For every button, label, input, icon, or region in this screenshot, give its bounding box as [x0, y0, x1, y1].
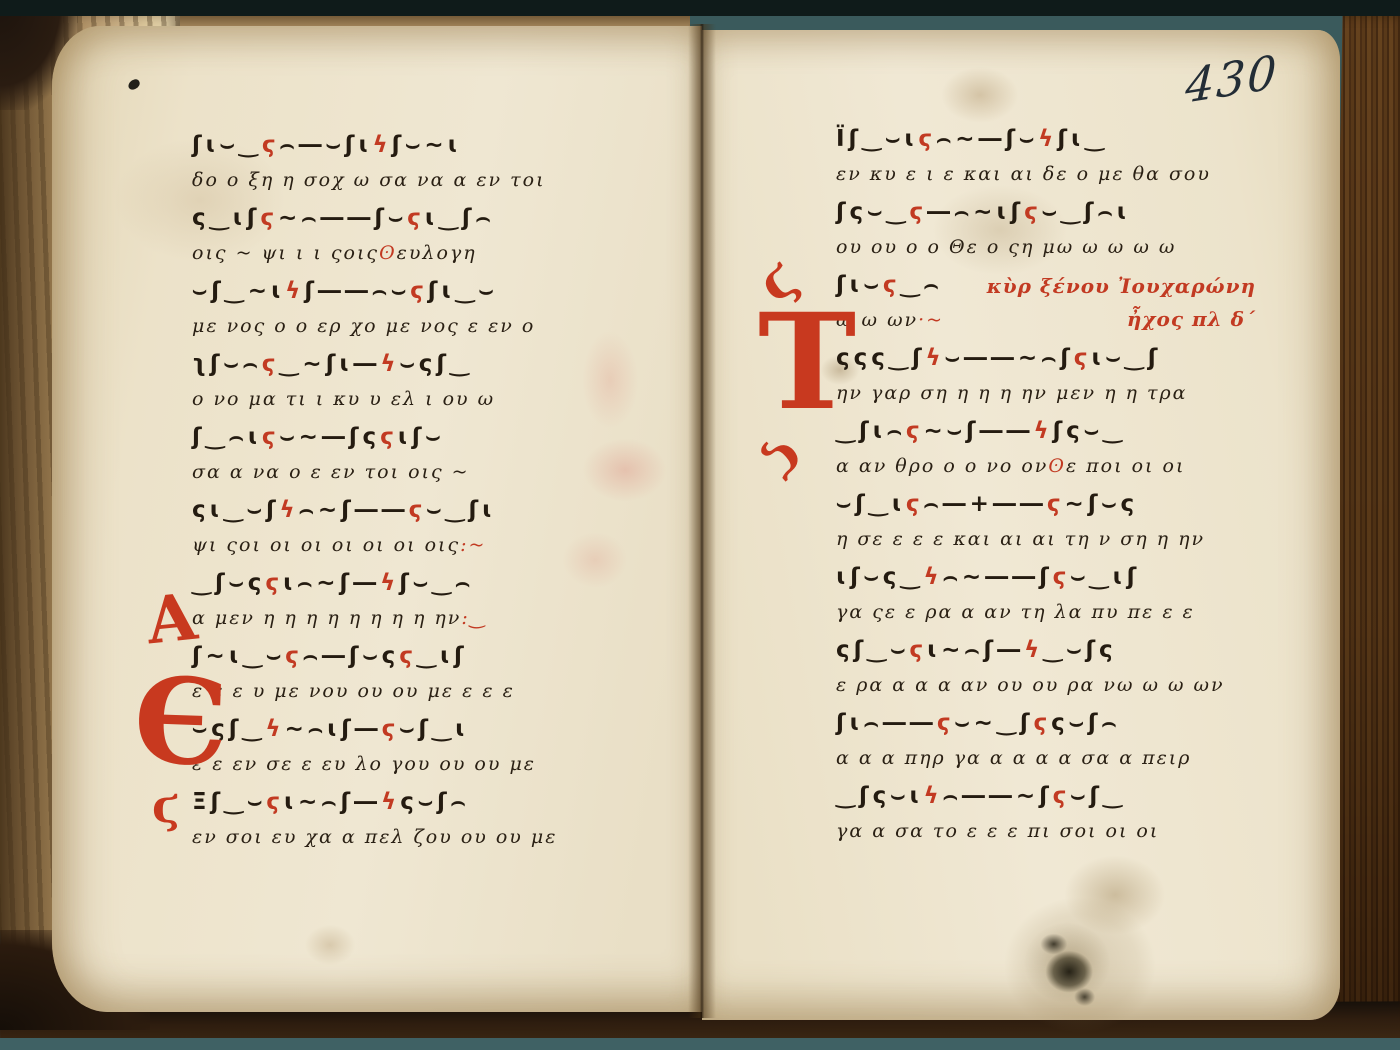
black-ink-segment: ‿ʃς⌣ɩ	[836, 783, 924, 809]
red-ink-segment: ϛ	[1047, 491, 1065, 517]
red-ink-segment: ϛ	[399, 643, 417, 669]
initial-flourish: ϛ	[152, 783, 180, 829]
black-ink-segment: ɩ~⌢ʃ―	[284, 789, 381, 815]
red-ink-segment: ϛ	[883, 272, 901, 298]
black-ink-segment: ~⌣ʃ――	[924, 418, 1034, 444]
neume-line: ɩʃ⌣ς‿ϟ⌢~――ʃϛ⌣‿ɩʃ	[836, 550, 1256, 590]
red-ink-segment: ϟ	[924, 783, 943, 809]
black-ink-segment: ʃ――⌢⌣	[304, 278, 410, 304]
neume-line: Ξʃ‿⌣ϛɩ~⌢ʃ―ϟς⌣ʃ⌢	[192, 775, 660, 815]
red-ink-segment: ʘ	[379, 242, 397, 264]
red-ink-segment: ϟ	[1033, 418, 1052, 444]
lyric-line: α μεν η η η η η η η η ην :‿	[192, 596, 660, 629]
red-ink-segment: ϟ	[280, 497, 299, 523]
red-ink-segment: ·~	[918, 309, 944, 331]
neume-line: ςʃ‿⌣ϛɩ~⌢ʃ―ϟ‿⌣ʃς	[836, 623, 1256, 663]
red-ink-segment: ϛ	[262, 132, 280, 158]
lyric-line: γα α σα το ε ε ε πι σοι οι οι	[836, 809, 1256, 842]
red-ink-segment: ϛ	[909, 637, 927, 663]
black-ink-segment: ⌣ʃ‿ɩ	[399, 716, 469, 742]
black-ink-segment: ς⌣ʃ⌢	[400, 789, 469, 815]
red-ink-segment: :‿	[461, 607, 487, 629]
black-ink-segment: ‿⌢	[900, 272, 942, 298]
neume-line: ʃ~ɩ‿⌣ϛ⌢―ʃ⌣ςϛ‿ɩʃ	[192, 629, 660, 669]
black-ink-segment: ⌣~―ʃς	[280, 424, 381, 450]
lyric-line: η σε ε ε ε και αι αι τη ν ση η ην	[836, 517, 1256, 550]
red-ink-segment: ϟ	[380, 570, 399, 596]
black-ink-segment: Ϊʃ‿⌣ɩ	[836, 126, 918, 152]
backdrop-top	[0, 0, 1400, 16]
black-ink-segment: ε ρα α α α αν ου ου ρα νω ω ω ων	[836, 674, 1225, 696]
lyric-line: εν σοι ευ χα α πελ ζου ου ου με	[192, 815, 660, 848]
rubric-text: κὺρ ξένου Ἰουχαρώνη	[987, 274, 1256, 298]
black-ink-segment: ⌢~―ʃ⌣	[936, 126, 1038, 152]
black-ink-segment: ⌣ʃ‿ɩ	[836, 491, 906, 517]
black-ink-segment: ς‿ɩʃ	[192, 205, 260, 231]
red-ink-segment: ϛ	[1033, 710, 1051, 736]
left-page-text: Α Є ϛ ʃɩ⌣‿ϛ⌢―⌣ʃɩϟʃ⌣~ɩδο ο ξη η σοχ ω σα …	[192, 118, 660, 848]
red-ink-segment: ϛ	[1053, 564, 1071, 590]
black-ink-segment: ⌢~ʃ――	[299, 497, 409, 523]
red-ink-segment: ϛ	[380, 424, 398, 450]
black-ink-segment: ⌣‿ɩʃ	[1070, 564, 1140, 590]
red-ink-segment: ϛ	[265, 570, 283, 596]
black-ink-segment: α μεν η η η η η η η η ην	[192, 607, 461, 629]
black-ink-segment: ο νο μα τι ι κυ υ ελ ι ου ω	[192, 388, 495, 410]
initial-tau: Τ	[758, 297, 856, 429]
black-ink-segment: ‿ɩʃ	[417, 643, 468, 669]
black-ink-segment: ψι ςοι οι οι οι οι οι οις	[192, 534, 460, 556]
neume-line: ʃς⌣‿ϛ―⌢~ɩʃϛ⌣‿ʃ⌢ɩ	[836, 185, 1256, 225]
black-ink-segment: ʃ⌣~ɩ	[392, 132, 462, 158]
lyric-line: ω ω ων·~ἦχος πλ δ´	[836, 298, 1256, 331]
neume-line: ςɩ‿⌣ʃϟ⌢~ʃ――ϛ⌣‿ʃɩ	[192, 483, 660, 523]
black-ink-segment: ʃɩ⌢――	[836, 710, 937, 736]
black-ink-segment: Ξʃ‿⌣	[192, 789, 266, 815]
lyric-line: σα α να ο ε εν τοι οις ~	[192, 450, 660, 483]
black-ink-segment: ~⌢――ʃ⌣	[278, 205, 407, 231]
black-ink-segment: εν σοι ευ χα α πελ ζου ου ου με	[192, 826, 557, 848]
neume-line: ‿ʃ⌣ςϛɩ⌢~ʃ―ϟʃ⌣‿⌢	[192, 556, 660, 596]
black-ink-segment: ςʃ‿⌣	[836, 637, 909, 663]
black-ink-segment: ―⌢~ɩʃ	[927, 199, 1024, 225]
black-ink-segment: ʃɩ‿⌣	[428, 278, 498, 304]
red-ink-segment: ϛ	[1053, 783, 1071, 809]
red-ink-segment: ϛ	[937, 710, 955, 736]
manuscript-photo: 430 Α Є ϛ ʃɩ⌣‿ϛ⌢―⌣ʃɩϟʃ⌣~ɩδο ο ξη η σοχ ω…	[0, 0, 1400, 1050]
red-ink-segment: ϟ	[1038, 126, 1057, 152]
black-ink-segment: ευλογη	[397, 242, 477, 264]
black-ink-segment: ην γαρ ση η η η ην μεν η η τρα	[836, 382, 1188, 404]
black-ink-segment: με νος ο ο ερ χο με νος ε εν ο	[192, 315, 535, 337]
black-ink-segment: ʃς⌣‿	[836, 199, 909, 225]
lyric-line: εν κυ ε ι ε και αι δε ο με θα σου	[836, 152, 1256, 185]
lyric-line: α α α πηρ γα α α α α σα α πειρ	[836, 736, 1256, 769]
black-ink-segment: σα α να ο ε εν τοι οις ~	[192, 461, 470, 483]
lyric-line: δο ο ξη η σοχ ω σα να α εν τοι	[192, 158, 660, 191]
black-ink-segment: ɩʃ⌣ς‿	[836, 564, 924, 590]
lyric-line: ε ρα α α α αν ου ου ρα νω ω ω ων	[836, 663, 1256, 696]
black-ink-segment: ⌢―⌣ʃɩ	[280, 132, 373, 158]
neume-line: ςςς‿ʃϟ⌣――~⌢ʃϛɩ⌣‿ʃ	[836, 331, 1256, 371]
neume-line: ʅʃ⌣⌢ϛ‿~ʃɩ―ϟ⌣ςʃ‿	[192, 337, 660, 377]
neume-line: ʃɩ⌣ϛ‿⌢κὺρ ξένου Ἰουχαρώνη	[836, 258, 1256, 298]
neume-line: ʃ‿⌢ɩϛ⌣~―ʃςϛɩʃ⌣	[192, 410, 660, 450]
neume-line: ⌣ʃ‿~ɩϟʃ――⌢⌣ϛʃɩ‿⌣	[192, 264, 660, 304]
black-ink-segment: ⌢――~ʃ	[943, 783, 1053, 809]
red-ink-segment: ϛ	[382, 716, 400, 742]
red-ink-segment: ϛ	[918, 126, 936, 152]
red-ink-segment: ϛ	[1074, 345, 1092, 371]
black-ink-segment: δο ο ξη η σοχ ω σα να α εν τοι	[192, 169, 546, 191]
lyric-line: με νος ο ο ερ χο με νος ε εν ο	[192, 304, 660, 337]
red-ink-segment: ϟ	[372, 132, 391, 158]
black-ink-segment: ⌢―ʃ⌣ς	[303, 643, 399, 669]
red-ink-segment: ϟ	[265, 716, 284, 742]
lyric-line: ην γαρ ση η η η ην μεν η η τρα	[836, 371, 1256, 404]
black-ink-segment: ε ε ε υ με νου ου ου με ε ε ε	[192, 680, 515, 702]
black-ink-segment: γα ςε ε ρα α αν τη λα πυ πε ε ε	[836, 601, 1195, 623]
red-ink-segment: ϟ	[380, 351, 399, 377]
red-ink-segment: ϛ	[262, 424, 280, 450]
red-ink-segment: ϛ	[266, 789, 284, 815]
black-ink-segment: ~ʃ⌣ς	[1065, 491, 1139, 517]
black-ink-segment: ɩ~⌢ʃ―	[927, 637, 1024, 663]
black-ink-segment: α αν θρο ο ο νο ον	[836, 455, 1048, 477]
rubric-text: ἦχος πλ δ´	[1127, 307, 1256, 331]
lyric-line: ε ε ε υ με νου ου ου με ε ε ε	[192, 669, 660, 702]
black-ink-segment: εν κυ ε ι ε και αι δε ο με θα σου	[836, 163, 1211, 185]
right-page-text: ϛ Τ ϛ Ϊʃ‿⌣ɩϛ⌢~―ʃ⌣ϟʃɩ‿εν κυ ε ι ε και αι …	[836, 112, 1256, 842]
red-ink-segment: ϛ	[1024, 199, 1042, 225]
black-ink-segment: ⌣‿ʃ⌢ɩ	[1042, 199, 1131, 225]
black-ink-segment: ʃ⌣‿⌢	[399, 570, 474, 596]
red-ink-segment: ϛ	[410, 278, 428, 304]
black-ink-segment: ⌢―+――	[924, 491, 1047, 517]
neume-line: Ϊʃ‿⌣ɩϛ⌢~―ʃ⌣ϟʃɩ‿	[836, 112, 1256, 152]
black-ink-segment: ε ποι οι οι	[1066, 455, 1185, 477]
lyric-line: ο νο μα τι ι κυ υ ελ ι ου ω	[192, 377, 660, 410]
red-ink-segment: ϟ	[1024, 637, 1043, 663]
red-ink-segment: ϛ	[407, 205, 425, 231]
initial-epsilon: Є	[132, 661, 230, 782]
black-ink-segment: γα α σα το ε ε ε πι σοι οι οι	[836, 820, 1159, 842]
lyric-line: α αν θρο ο ο νο ον ʘε ποι οι οι	[836, 444, 1256, 477]
red-ink-segment: ϛ	[906, 491, 924, 517]
initial-alpha: Α	[144, 586, 200, 655]
black-ink-segment: ɩ‿ʃ⌢	[425, 205, 495, 231]
black-ink-segment: ςɩ‿⌣ʃ	[192, 497, 280, 523]
black-ink-segment: ⌢~――ʃ	[943, 564, 1053, 590]
black-ink-segment: ς⌣ʃ⌢	[1051, 710, 1120, 736]
lyric-line: ψι ςοι οι οι οι οι οι οις :~	[192, 523, 660, 556]
neume-line: ⌣ςʃ‿ϟ~⌢ɩʃ―ϛ⌣ʃ‿ɩ	[192, 702, 660, 742]
black-ink-segment: ‿⌣ʃς	[1043, 637, 1116, 663]
black-ink-segment: οις ~ ψι ι ι ςοις	[192, 242, 379, 264]
black-ink-segment: ⌣~‿ʃ	[954, 710, 1033, 736]
black-ink-segment: ʃɩ‿	[1057, 126, 1108, 152]
red-ink-segment: ϛ	[909, 199, 927, 225]
black-ink-segment: ʃ‿⌢ɩ	[192, 424, 262, 450]
neume-line: ‿ʃɩ⌢ϛ~⌣ʃ――ϟʃς⌣‿	[836, 404, 1256, 444]
black-ink-segment: ⌣ʃ‿	[1070, 783, 1126, 809]
red-ink-segment: ϛ	[260, 205, 278, 231]
lyric-line: ε ε εν σε ε ευ λο γου ου ου με	[192, 742, 660, 775]
black-ink-segment: α α α πηρ γα α α α α σα α πειρ	[836, 747, 1191, 769]
black-ink-segment: ɩ⌢~ʃ―	[283, 570, 380, 596]
black-ink-segment: ‿ʃ⌣ς	[192, 570, 265, 596]
backdrop-bottom	[0, 1038, 1400, 1050]
black-ink-segment: η σε ε ε ε και αι αι τη ν ση η ην	[836, 528, 1205, 550]
black-ink-segment: ⌣――~⌢ʃ	[945, 345, 1074, 371]
black-ink-segment: ɩ⌣‿ʃ	[1091, 345, 1161, 371]
neume-line: ⌣ʃ‿ɩϛ⌢―+――ϛ~ʃ⌣ς	[836, 477, 1256, 517]
black-ink-segment: ου ου ο ο Θε ο ςη μω ω ω ω ω	[836, 236, 1176, 258]
red-ink-segment: ϟ	[924, 564, 943, 590]
red-ink-segment: ϟ	[285, 278, 304, 304]
black-ink-segment: ‿~ʃɩ―	[279, 351, 380, 377]
neume-line: ʃɩ⌢――ϛ⌣~‿ʃϛς⌣ʃ⌢	[836, 696, 1256, 736]
red-ink-segment: ϛ	[906, 418, 924, 444]
lyric-line: γα ςε ε ρα α αν τη λα πυ πε ε ε	[836, 590, 1256, 623]
black-ink-segment: ⌣ʃ‿~ɩ	[192, 278, 285, 304]
black-ink-segment: ʅʃ⌣⌢	[192, 351, 262, 377]
red-ink-segment: ϟ	[381, 789, 400, 815]
page-gutter	[688, 24, 716, 1018]
black-ink-segment: ⌣‿ʃɩ	[426, 497, 496, 523]
neume-line: ‿ʃς⌣ɩϟ⌢――~ʃϛ⌣ʃ‿	[836, 769, 1256, 809]
neume-line: ʃɩ⌣‿ϛ⌢―⌣ʃɩϟʃ⌣~ɩ	[192, 118, 660, 158]
black-ink-segment: ʃɩ⌣‿	[192, 132, 262, 158]
ink-blot	[1012, 905, 1122, 1020]
black-ink-segment: ⌣ςʃ‿	[400, 351, 473, 377]
red-ink-segment: :~	[460, 534, 486, 556]
black-ink-segment: ~⌢ɩʃ―	[285, 716, 382, 742]
red-ink-segment: ϛ	[262, 351, 280, 377]
lyric-line: οις ~ ψι ι ι ςοις ʘευλογη	[192, 231, 660, 264]
red-ink-segment: ϛ	[409, 497, 427, 523]
black-ink-segment: ʃς⌣‿	[1053, 418, 1126, 444]
red-ink-segment: ϟ	[926, 345, 945, 371]
black-ink-segment: ɩʃ⌣	[398, 424, 445, 450]
neume-line: ς‿ɩʃϛ~⌢――ʃ⌣ϛɩ‿ʃ⌢	[192, 191, 660, 231]
red-ink-segment: ʘ	[1048, 455, 1066, 477]
lyric-line: ου ου ο ο Θε ο ςη μω ω ω ω ω	[836, 225, 1256, 258]
black-ink-segment: ε ε εν σε ε ευ λο γου ου ου με	[192, 753, 536, 775]
red-ink-segment: ϛ	[285, 643, 303, 669]
